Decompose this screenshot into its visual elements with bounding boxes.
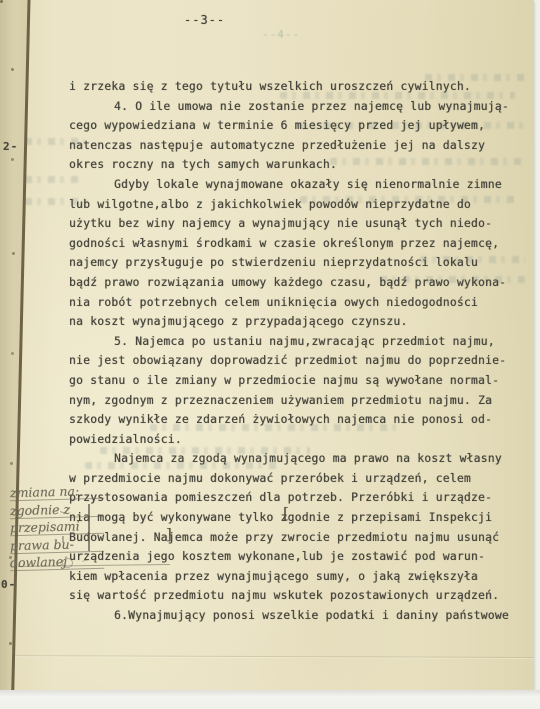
typed-line: bądź prawo rozwiązania umowy każdego cza…: [69, 273, 519, 293]
typed-line: w przedmiocie najmu dokonywać przeróbek …: [69, 469, 519, 489]
typed-line: i zrzeka się z tego tytułu wszelkich uro…: [69, 77, 519, 97]
typed-line: się wartość przedmiotu najmu wskutek poz…: [69, 586, 519, 606]
edge-mark-2: 2-: [3, 140, 18, 153]
typed-line: przystosowania pomieszczeń dla potrzeb. …: [69, 488, 519, 508]
handwritten-bracket-open: [: [283, 504, 289, 522]
typed-line: nym, zgodnym z przeznaczeniem używaniem …: [69, 391, 519, 411]
typed-line: 4. O ile umowa nie zostanie przez najemc…: [69, 97, 519, 117]
pencil-annotation-line: zgodnie z: [10, 501, 104, 518]
pencil-annotation-line: dowlanej: [10, 554, 104, 571]
bleedthrough-page-number: --4--: [262, 28, 300, 41]
scan-background: [0, 690, 540, 709]
paper-sheet: --3-- --4-- i zrzeka się z tego tytułu w…: [8, 0, 534, 690]
edge-mark-0: 0-: [1, 578, 16, 591]
typed-line: natenczas następuje automatyczne przedłu…: [69, 136, 519, 156]
typed-line: najemcy przysługuje po stwierdzeniu niep…: [69, 253, 519, 273]
pencil-flourish-loop: [62, 558, 73, 568]
typed-line: na koszt wynajmującego z przypadającego …: [69, 312, 519, 332]
typed-line: godności własnymi środkami w czasie okre…: [69, 234, 519, 254]
typed-line: użytku bez winy najemcy a wynajmujący ni…: [69, 214, 519, 234]
typed-text-block: i zrzeka się z tego tytułu wszelkich uro…: [69, 77, 519, 626]
typed-line: go stanu o ile zmiany w przedmiocie najm…: [69, 371, 519, 391]
typed-line: nia robót potrzebnych celem uniknięcia o…: [69, 293, 519, 313]
pencil-annotation: zmiana na: zgodnie z przepisami prawa bu…: [10, 485, 104, 573]
pencil-margin-line: [88, 504, 90, 551]
typed-line: 5. Najemca po ustaniu najmu,zwracając pr…: [69, 332, 519, 352]
typed-line: Najemca za zgodą wynajmującego ma prawo …: [69, 449, 519, 469]
typed-line: lub wilgotne,albo z jakichkolwiek powodó…: [69, 195, 519, 215]
scanned-document-page: --3-- --4-- i zrzeka się z tego tytułu w…: [0, 0, 540, 709]
typed-line: Budowlanej. Najemca może przy zwrocie pr…: [69, 528, 519, 548]
typed-line: nie jest obowiązany doprowadzić przedmio…: [69, 351, 519, 371]
typed-line: kiem wpłacenia przez wynajmującego sumy,…: [69, 567, 519, 587]
typed-line: cego wypowiedziana w terminie 6 miesięcy…: [69, 116, 519, 136]
typed-line: Gdyby lokale wynajmowane okazały się nie…: [69, 175, 519, 195]
page-number: --3--: [184, 13, 225, 27]
pencil-annotation-line: zmiana na:: [10, 484, 104, 501]
typed-line: powiedzialności.: [69, 430, 519, 450]
pencil-annotation-line: przepisami: [10, 519, 104, 536]
typed-line: okres roczny na tych samych warunkach.: [69, 155, 519, 175]
typed-line: 6.Wynajmujący ponosi wszelkie podatki i …: [69, 606, 519, 626]
pencil-tick: [62, 536, 64, 542]
binding-dots: [0, 0, 3, 3]
typed-line: nia mogą być wykonywane tylko zgodnie z …: [69, 508, 519, 528]
handwritten-bracket-close: ]: [166, 525, 172, 543]
paper-crease: [8, 655, 534, 658]
typed-line: szkody wynikłe ze zdarzeń żywiołowych na…: [69, 410, 519, 430]
pencil-annotation-line: prawa bu-: [10, 536, 104, 553]
